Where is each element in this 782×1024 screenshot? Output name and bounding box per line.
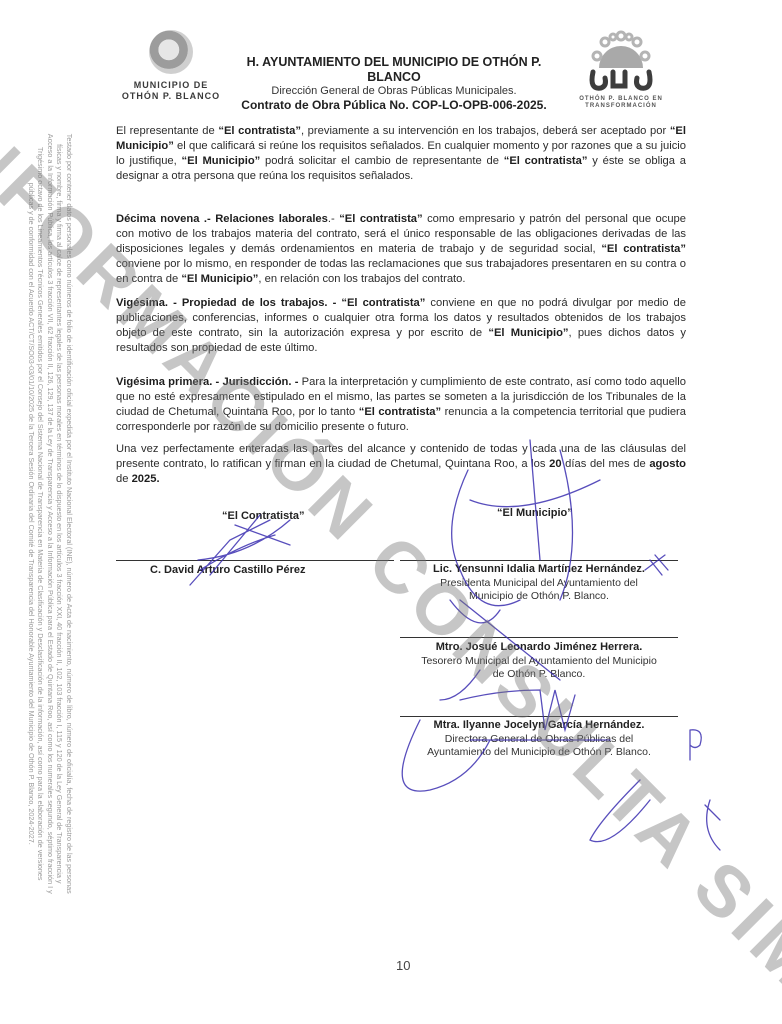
header-title: H. AYUNTAMIENTO DEL MUNICIPIO DE OTHÓN P…	[228, 55, 560, 85]
clause-vigesima-primera: Vigésima primera. - Jurisdicción. - Para…	[116, 375, 686, 435]
transformacion-emblem-icon	[585, 28, 657, 96]
contratista-label: “El Contratista”	[222, 510, 305, 522]
logo-left-label-1: MUNICIPIO DE	[116, 80, 226, 91]
closing-paragraph: Una vez perfectamente enteradas las part…	[116, 442, 686, 487]
municipio-label: “El Municipio”	[497, 507, 573, 519]
contract-number: Contrato de Obra Pública No. COP-LO-OPB-…	[228, 98, 560, 112]
directora-name: Mtra. Ilyanne Jocelyn García Hernández.	[400, 719, 678, 731]
contratista-signature-line	[116, 560, 394, 561]
directora-role-1: Directora General de Obras Públicas del	[400, 733, 678, 746]
tesorero-role-1: Tesorero Municipal del Ayuntamiento del …	[400, 655, 678, 668]
logo-left-label-2: OTHÓN P. BLANCO	[116, 91, 226, 102]
presidenta-name: Lic. Yensunni Idalia Martínez Hernández.	[400, 563, 678, 575]
header-subtitle: Dirección General de Obras Públicas Muni…	[228, 85, 560, 98]
tesorero-signature-line	[400, 637, 678, 638]
logo-right-label-1: OTHÓN P. BLANCO EN	[576, 96, 666, 103]
presidenta-signature-line	[400, 560, 678, 561]
directora-signature-line	[400, 716, 678, 717]
tesorero-role-2: de Othón P. Blanco.	[400, 668, 678, 681]
presidenta-role-2: Municipio de Othón P. Blanco.	[400, 590, 678, 603]
logo-right-label-2: TRANSFORMACIÓN	[576, 103, 666, 110]
page-number: 10	[396, 958, 410, 973]
redaction-note: Testado por contener datos personales co…	[26, 134, 74, 894]
paragraph-representante: El representante de “El contratista”, pr…	[116, 124, 686, 184]
municipio-emblem-icon	[149, 30, 193, 74]
tesorero-name: Mtro. Josué Leonardo Jiménez Herrera.	[400, 641, 678, 653]
clause-decima-novena: Décima novena .- Relaciones laborales.- …	[116, 212, 686, 287]
directora-role-2: Ayuntamiento del Municipio de Othón P. B…	[400, 746, 678, 759]
presidenta-role-1: Presidenta Municipal del Ayuntamiento de…	[400, 577, 678, 590]
municipio-logo: MUNICIPIO DE OTHÓN P. BLANCO	[116, 30, 226, 102]
contratista-name: C. David Arturo Castillo Pérez	[150, 564, 370, 576]
clause-vigesima: Vigésima. - Propiedad de los trabajos. -…	[116, 296, 686, 356]
transformacion-logo: OTHÓN P. BLANCO EN TRANSFORMACIÓN	[576, 28, 666, 110]
document-header: H. AYUNTAMIENTO DEL MUNICIPIO DE OTHÓN P…	[228, 55, 560, 112]
document-page: MUNICIPIO DE OTHÓN P. BLANCO H. AYUNTAMI…	[0, 0, 782, 1024]
